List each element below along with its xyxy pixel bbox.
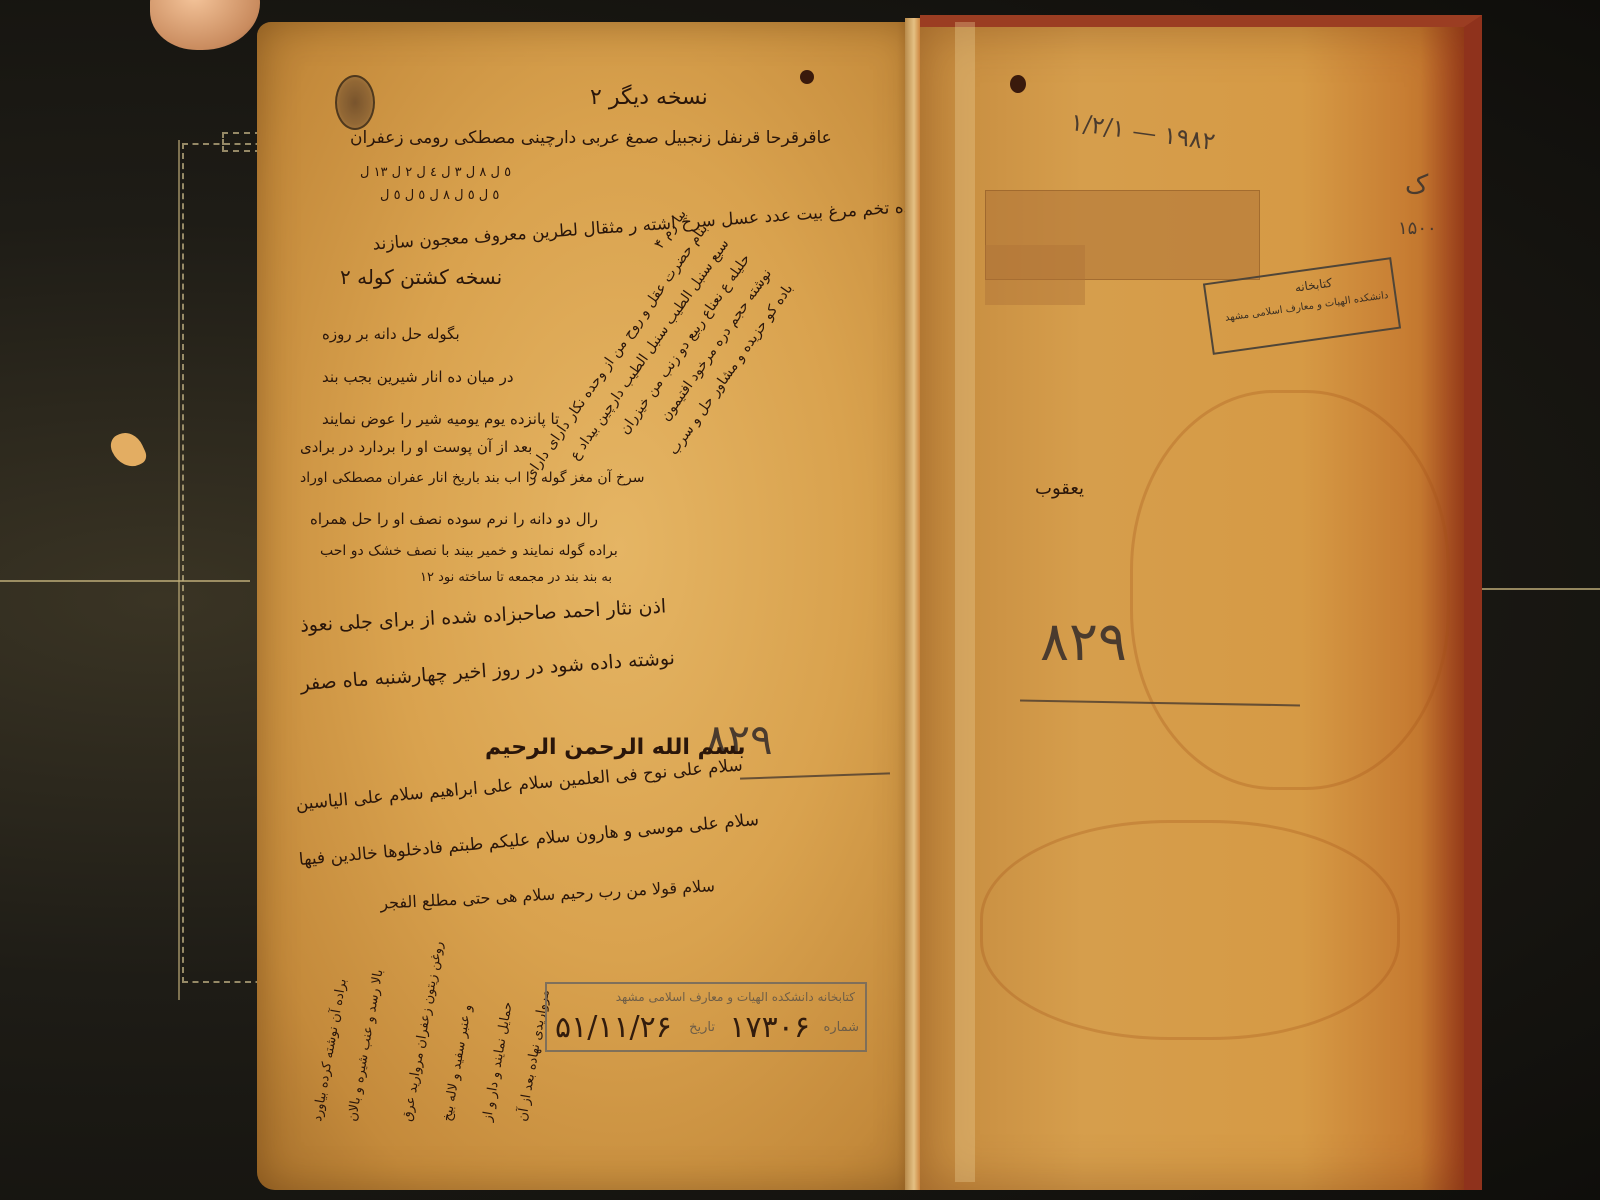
pencil-folio-number-right: ۸۲۹ — [1040, 610, 1127, 673]
stamp-date-label: تاریخ — [689, 1020, 715, 1035]
recipe-2-line-2: در میان ده انار شیرین بجب بند — [322, 368, 514, 386]
table-grid-line-vertical — [178, 140, 180, 1000]
table-grid-line-left — [0, 580, 250, 582]
cover-stamp-institution: دانشکده الهیات و معارف اسلامی مشهد — [1224, 290, 1389, 324]
recipe-2-line-1: بگوله حل دانه بر روزه — [322, 325, 460, 343]
stamp-accession-number: ۱۷۳۰۶ — [729, 1010, 810, 1045]
cover-stamp-title: کتابخانه — [1294, 276, 1333, 295]
ink-blot-cover — [1010, 75, 1026, 93]
ingredients-line: عاقرقرحا قرنفل زنجبیل صمغ عربی دارچینی م… — [350, 128, 832, 148]
cover-corner-mark: ک — [1405, 170, 1428, 200]
stamp-date: ۵۱/۱۱/۲۶ — [555, 1010, 672, 1045]
owner-seal-stamp — [335, 75, 375, 130]
ink-blot — [800, 70, 814, 84]
quantities-line-2: ٥ ل ٥ ل ٨ ل ٥ ل ٥ ل — [380, 188, 499, 203]
cover-name-inscription: یعقوب — [1035, 478, 1084, 499]
vertical-line-2: بالا رسد و عنب شیره و بالان — [345, 968, 387, 1122]
quantities-line-1: ٥ ل ٨ ل ٣ ل ٤ ل ٢ ل ١٣ ل — [360, 165, 511, 180]
repair-tape-strip — [955, 22, 975, 1182]
heading-kill-worm: نسخه کشتن کوله ۲ — [340, 265, 502, 289]
cover-corner-number: ۱۵۰۰ — [1398, 218, 1437, 239]
stamp-library-name: کتابخانه دانشکده الهیات و معارف اسلامی م… — [616, 990, 855, 1004]
vertical-line-1: براده آن نوشته کرده بیاورد — [310, 978, 350, 1123]
vertical-line-5: حمایل نمایند و دار و از — [480, 1001, 516, 1123]
vertical-line-3: روغن زیتون زعفران مروارید عرق — [400, 940, 446, 1122]
heading-another-recipe: نسخه دیگر ۲ — [590, 85, 708, 110]
repair-tape-patch-lower — [985, 245, 1085, 305]
table-grid-line-right — [1482, 588, 1600, 590]
water-stain — [1130, 390, 1450, 790]
basmala: بسم الله الرحمن الرحیم — [485, 735, 745, 760]
water-stain — [980, 820, 1400, 1040]
library-accession-stamp: کتابخانه دانشکده الهیات و معارف اسلامی م… — [545, 982, 867, 1052]
vertical-marginal-notes: براده آن نوشته کرده بیاورد بالا رسد و عن… — [300, 890, 540, 1120]
vertical-line-4: و عنبر سفید و لاله بیخ — [440, 1003, 475, 1122]
stamp-number-label: شماره — [824, 1020, 859, 1035]
